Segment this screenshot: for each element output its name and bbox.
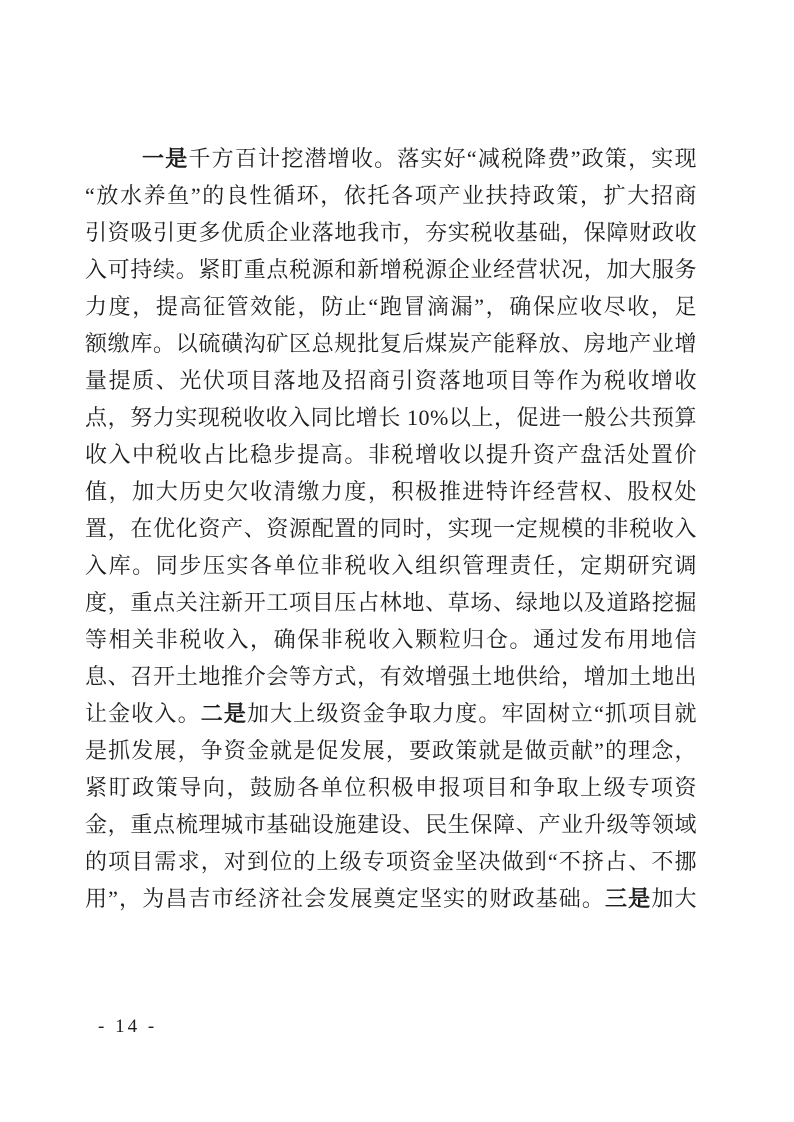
text-line: 值，加大历史欠收清缴力度，积极推进特许经营权、股权处 — [85, 473, 697, 510]
text-line: 入库。同步压实各单位非税收入组织管理责任，定期研究调 — [85, 547, 697, 584]
text-segment: 置，在优化资产、资源配置的同时，实现一定规模的非税收入 — [85, 516, 697, 541]
text-line: 一是千方百计挖潜增收。落实好“减税降费”政策，实现 — [85, 140, 697, 177]
emphasis-segment: 三是 — [605, 886, 651, 911]
text-line: 引资吸引更多优质企业落地我市，夯实税收基础，保障财政收 — [85, 214, 697, 251]
text-segment: 息、召开土地推介会等方式，有效增强土地供给，增加土地出 — [85, 664, 697, 689]
text-segment: 度，重点关注新开工项目压占林地、草场、绿地以及道路挖掘 — [85, 590, 697, 615]
text-line: 度，重点关注新开工项目压占林地、草场、绿地以及道路挖掘 — [85, 584, 697, 621]
text-line: 收入中税收占比稳步提高。非税增收以提升资产盘活处置价 — [85, 436, 697, 473]
text-segment: 的项目需求，对到位的上级专项资金坚决做到“不挤占、不挪 — [85, 849, 697, 874]
text-segment: 量提质、光伏项目落地及招商引资落地项目等作为税收增收 — [85, 368, 697, 393]
document-body: 一是千方百计挖潜增收。落实好“减税降费”政策，实现“放水养鱼”的良性循环，依托各… — [85, 140, 697, 917]
text-segment: 入可持续。紧盯重点税源和新增税源企业经营状况，加大服务 — [85, 257, 697, 282]
text-line: 力度，提高征管效能，防止“跑冒滴漏”，确保应收尽收，足 — [85, 288, 697, 325]
text-segment: 金，重点梳理城市基础设施建设、民生保障、产业升级等领域 — [85, 812, 697, 837]
text-line: 入可持续。紧盯重点税源和新增税源企业经营状况，加大服务 — [85, 251, 697, 288]
text-segment: 紧盯政策导向，鼓励各单位积极申报项目和争取上级专项资 — [85, 775, 697, 800]
text-line: 是抓发展，争资金就是促发展，要政策就是做贡献”的理念， — [85, 732, 697, 769]
text-line: 用”，为昌吉市经济社会发展奠定坚实的财政基础。三是加大 — [85, 880, 697, 917]
text-segment: “放水养鱼”的良性循环，依托各项产业扶持政策，扩大招商 — [85, 183, 697, 208]
text-line: 金，重点梳理城市基础设施建设、民生保障、产业升级等领域 — [85, 806, 697, 843]
text-segment: 入库。同步压实各单位非税收入组织管理责任，定期研究调 — [85, 553, 697, 578]
text-segment: 点，努力实现税收收入同比增长 10%以上，促进一般公共预算 — [85, 405, 697, 430]
text-line: 量提质、光伏项目落地及招商引资落地项目等作为税收增收 — [85, 362, 697, 399]
text-line: 让金收入。二是加大上级资金争取力度。牢固树立“抓项目就 — [85, 695, 697, 732]
text-segment: 力度，提高征管效能，防止“跑冒滴漏”，确保应收尽收，足 — [85, 294, 697, 319]
text-segment: 加大上级资金争取力度。牢固树立“抓项目就 — [247, 701, 697, 726]
text-line: 息、召开土地推介会等方式，有效增强土地供给，增加土地出 — [85, 658, 697, 695]
text-line: 点，努力实现税收收入同比增长 10%以上，促进一般公共预算 — [85, 399, 697, 436]
text-line: 紧盯政策导向，鼓励各单位积极申报项目和争取上级专项资 — [85, 769, 697, 806]
text-line: 额缴库。以硫磺沟矿区总规批复后煤炭产能释放、房地产业增 — [85, 325, 697, 362]
text-line: “放水养鱼”的良性循环，依托各项产业扶持政策，扩大招商 — [85, 177, 697, 214]
document-page: 一是千方百计挖潜增收。落实好“减税降费”政策，实现“放水养鱼”的良性循环，依托各… — [0, 0, 794, 1122]
text-segment: 加大 — [651, 886, 697, 911]
text-line: 等相关非税收入，确保非税收入颗粒归仓。通过发布用地信 — [85, 621, 697, 658]
text-segment: 千方百计挖潜增收。落实好“减税降费”政策，实现 — [188, 146, 697, 171]
text-segment: 是抓发展，争资金就是促发展，要政策就是做贡献”的理念， — [85, 738, 697, 763]
emphasis-segment: 二是 — [201, 701, 247, 726]
text-segment: 收入中税收占比稳步提高。非税增收以提升资产盘活处置价 — [85, 442, 697, 467]
emphasis-segment: 一是 — [142, 146, 188, 171]
text-line: 置，在优化资产、资源配置的同时，实现一定规模的非税收入 — [85, 510, 697, 547]
text-segment: 用”，为昌吉市经济社会发展奠定坚实的财政基础。 — [85, 886, 605, 911]
text-segment: 让金收入。 — [85, 701, 201, 726]
text-segment: 等相关非税收入，确保非税收入颗粒归仓。通过发布用地信 — [85, 627, 697, 652]
text-segment: 值，加大历史欠收清缴力度，积极推进特许经营权、股权处 — [85, 479, 697, 504]
page-number: - 14 - — [98, 1013, 157, 1041]
text-segment: 引资吸引更多优质企业落地我市，夯实税收基础，保障财政收 — [85, 220, 697, 245]
text-line: 的项目需求，对到位的上级专项资金坚决做到“不挤占、不挪 — [85, 843, 697, 880]
text-segment: 额缴库。以硫磺沟矿区总规批复后煤炭产能释放、房地产业增 — [85, 331, 697, 356]
